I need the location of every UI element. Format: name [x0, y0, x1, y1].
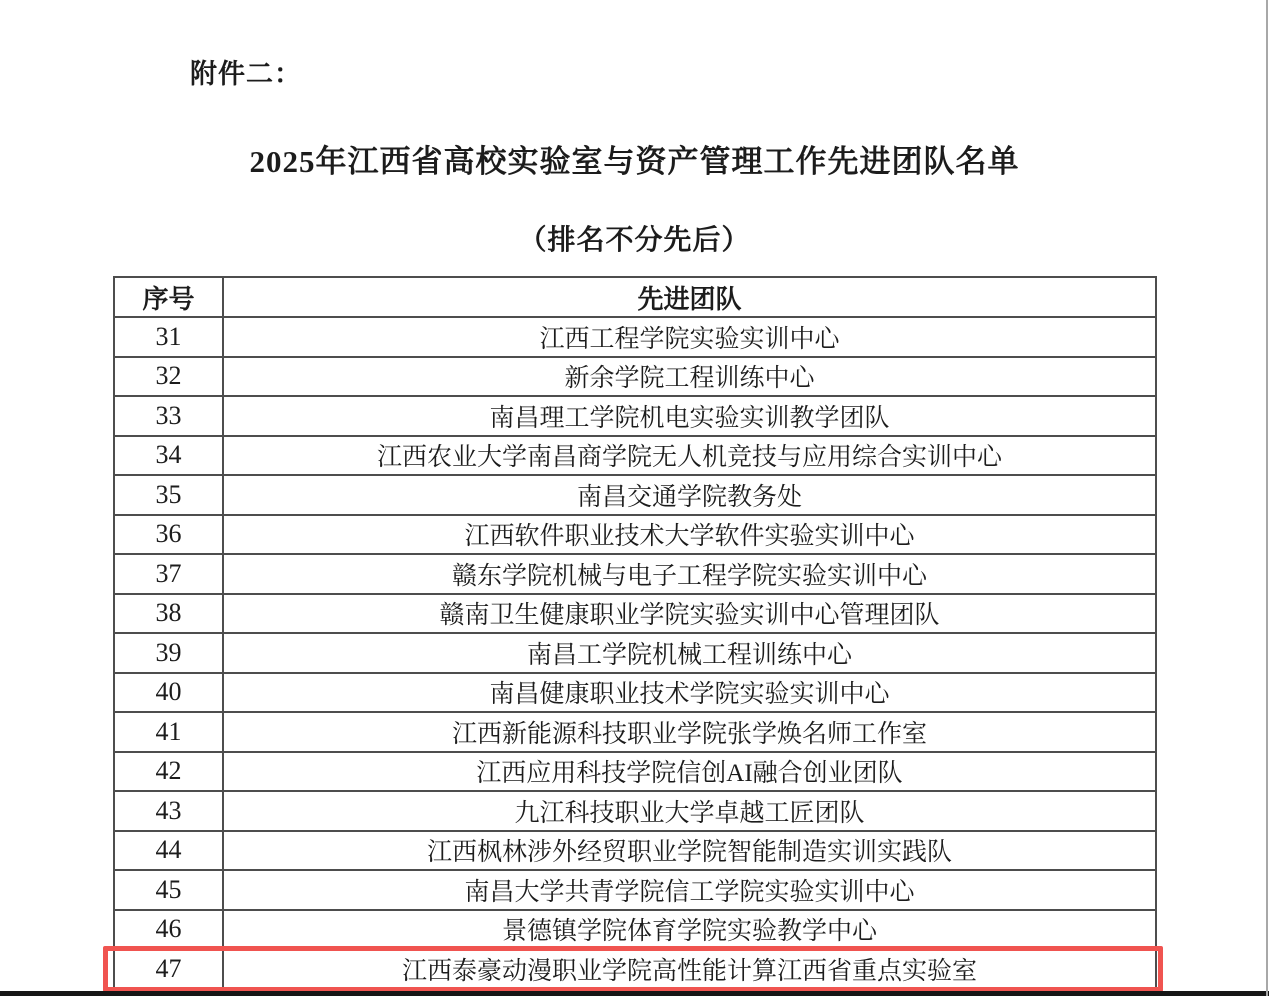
row-number: 34	[114, 436, 223, 476]
team-name: 景德镇学院体育学院实验教学中心	[223, 910, 1156, 950]
table-row: 38赣南卫生健康职业学院实验实训中心管理团队	[114, 594, 1156, 634]
row-number: 47	[114, 949, 223, 990]
row-number: 44	[114, 831, 223, 871]
team-name: 江西泰豪动漫职业学院高性能计算江西省重点实验室	[223, 949, 1156, 990]
table-row: 43九江科技职业大学卓越工匠团队	[114, 791, 1156, 831]
row-number: 33	[114, 396, 223, 436]
team-name: 江西软件职业技术大学软件实验实训中心	[223, 515, 1156, 555]
team-name: 九江科技职业大学卓越工匠团队	[223, 791, 1156, 831]
attachment-label: 附件二：	[190, 52, 302, 91]
row-number: 35	[114, 475, 223, 515]
table-row: 41江西新能源科技职业学院张学焕名师工作室	[114, 712, 1156, 752]
team-name: 南昌理工学院机电实验实训教学团队	[223, 396, 1156, 436]
row-number: 39	[114, 633, 223, 673]
table-row: 45南昌大学共青学院信工学院实验实训中心	[114, 870, 1156, 910]
table-row: 37赣东学院机械与电子工程学院实验实训中心	[114, 554, 1156, 594]
row-number: 40	[114, 673, 223, 713]
team-name: 新余学院工程训练中心	[223, 357, 1156, 397]
header-number: 序号	[114, 277, 223, 317]
row-number: 43	[114, 791, 223, 831]
table-header-row: 序号 先进团队	[114, 277, 1156, 317]
team-name: 赣南卫生健康职业学院实验实训中心管理团队	[223, 594, 1156, 634]
table-row: 42江西应用科技学院信创AI融合创业团队	[114, 752, 1156, 792]
team-name: 江西枫林涉外经贸职业学院智能制造实训实践队	[223, 831, 1156, 871]
team-table-body: 31江西工程学院实验实训中心32新余学院工程训练中心33南昌理工学院机电实验实训…	[114, 317, 1156, 990]
table-row: 36江西软件职业技术大学软件实验实训中心	[114, 515, 1156, 555]
row-number: 42	[114, 752, 223, 792]
table-row: 39南昌工学院机械工程训练中心	[114, 633, 1156, 673]
table-row: 34江西农业大学南昌商学院无人机竞技与应用综合实训中心	[114, 436, 1156, 476]
team-name: 赣东学院机械与电子工程学院实验实训中心	[223, 554, 1156, 594]
team-name: 江西应用科技学院信创AI融合创业团队	[223, 752, 1156, 792]
row-number: 36	[114, 515, 223, 555]
table-row: 35南昌交通学院教务处	[114, 475, 1156, 515]
row-number: 45	[114, 870, 223, 910]
team-name: 江西农业大学南昌商学院无人机竞技与应用综合实训中心	[223, 436, 1156, 476]
team-name: 南昌大学共青学院信工学院实验实训中心	[223, 870, 1156, 910]
team-name: 江西新能源科技职业学院张学焕名师工作室	[223, 712, 1156, 752]
page-right-edge-line	[1266, 0, 1268, 996]
row-number: 31	[114, 317, 223, 357]
table-row: 46景德镇学院体育学院实验教学中心	[114, 910, 1156, 950]
row-number: 38	[114, 594, 223, 634]
row-number: 32	[114, 357, 223, 397]
header-team: 先进团队	[223, 277, 1156, 317]
page-title: 2025年江西省高校实验室与资产管理工作先进团队名单	[0, 136, 1269, 181]
row-number: 37	[114, 554, 223, 594]
row-number: 46	[114, 910, 223, 950]
team-name: 江西工程学院实验实训中心	[223, 317, 1156, 357]
team-name: 南昌交通学院教务处	[223, 475, 1156, 515]
table-row: 32新余学院工程训练中心	[114, 357, 1156, 397]
table-row: 31江西工程学院实验实训中心	[114, 317, 1156, 357]
table-row: 47江西泰豪动漫职业学院高性能计算江西省重点实验室	[114, 949, 1156, 990]
table-row: 40南昌健康职业技术学院实验实训中心	[114, 673, 1156, 713]
table-row: 33南昌理工学院机电实验实训教学团队	[114, 396, 1156, 436]
table-row: 44江西枫林涉外经贸职业学院智能制造实训实践队	[114, 831, 1156, 871]
row-number: 41	[114, 712, 223, 752]
bottom-divider-bar	[0, 991, 1269, 996]
team-name: 南昌工学院机械工程训练中心	[223, 633, 1156, 673]
team-table: 序号 先进团队 31江西工程学院实验实训中心32新余学院工程训练中心33南昌理工…	[113, 276, 1157, 992]
team-name: 南昌健康职业技术学院实验实训中心	[223, 673, 1156, 713]
page-subtitle: （排名不分先后）	[0, 218, 1269, 258]
